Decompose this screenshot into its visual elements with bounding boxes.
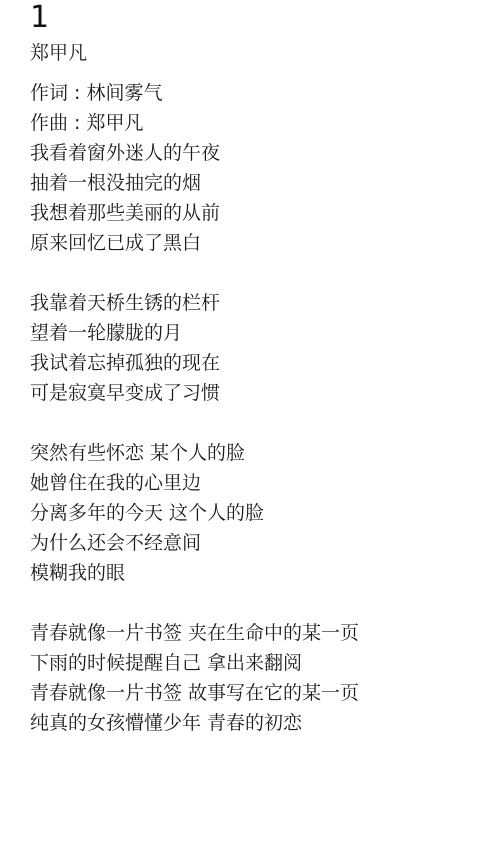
lyric-line: 作曲 : 郑甲凡 xyxy=(30,108,359,138)
lyric-line: 作词 : 林间雾气 xyxy=(30,78,359,108)
lyric-line: 下雨的时候提醒自己 拿出来翻阅 xyxy=(30,648,359,678)
lyric-line: 我试着忘掉孤独的现在 xyxy=(30,348,359,378)
lyrics-list: 作词 : 林间雾气 作曲 : 郑甲凡 我看着窗外迷人的午夜 抽着一根没抽完的烟 … xyxy=(30,78,359,738)
lyric-line: 原来回忆已成了黑白 xyxy=(30,228,359,258)
lyric-blank-line xyxy=(30,588,359,618)
song-artist: 郑甲凡 xyxy=(30,40,87,66)
lyric-line: 我靠着天桥生锈的栏杆 xyxy=(30,288,359,318)
song-title: 1 xyxy=(30,0,49,36)
lyric-blank-line xyxy=(30,408,359,438)
lyric-line: 我想着那些美丽的从前 xyxy=(30,198,359,228)
lyric-line: 青春就像一片书签 夹在生命中的某一页 xyxy=(30,618,359,648)
lyric-line: 可是寂寞早变成了习惯 xyxy=(30,378,359,408)
lyric-line: 分离多年的今天 这个人的脸 xyxy=(30,498,359,528)
lyric-line: 模糊我的眼 xyxy=(30,558,359,588)
lyric-line: 她曾住在我的心里边 xyxy=(30,468,359,498)
lyric-line: 我看着窗外迷人的午夜 xyxy=(30,138,359,168)
lyric-line: 抽着一根没抽完的烟 xyxy=(30,168,359,198)
lyric-line: 突然有些怀恋 某个人的脸 xyxy=(30,438,359,468)
lyric-line: 纯真的女孩懵懂少年 青春的初恋 xyxy=(30,708,359,738)
lyric-line: 望着一轮朦胧的月 xyxy=(30,318,359,348)
lyric-line: 青春就像一片书签 故事写在它的某一页 xyxy=(30,678,359,708)
lyric-line: 为什么还会不经意间 xyxy=(30,528,359,558)
lyric-blank-line xyxy=(30,258,359,288)
